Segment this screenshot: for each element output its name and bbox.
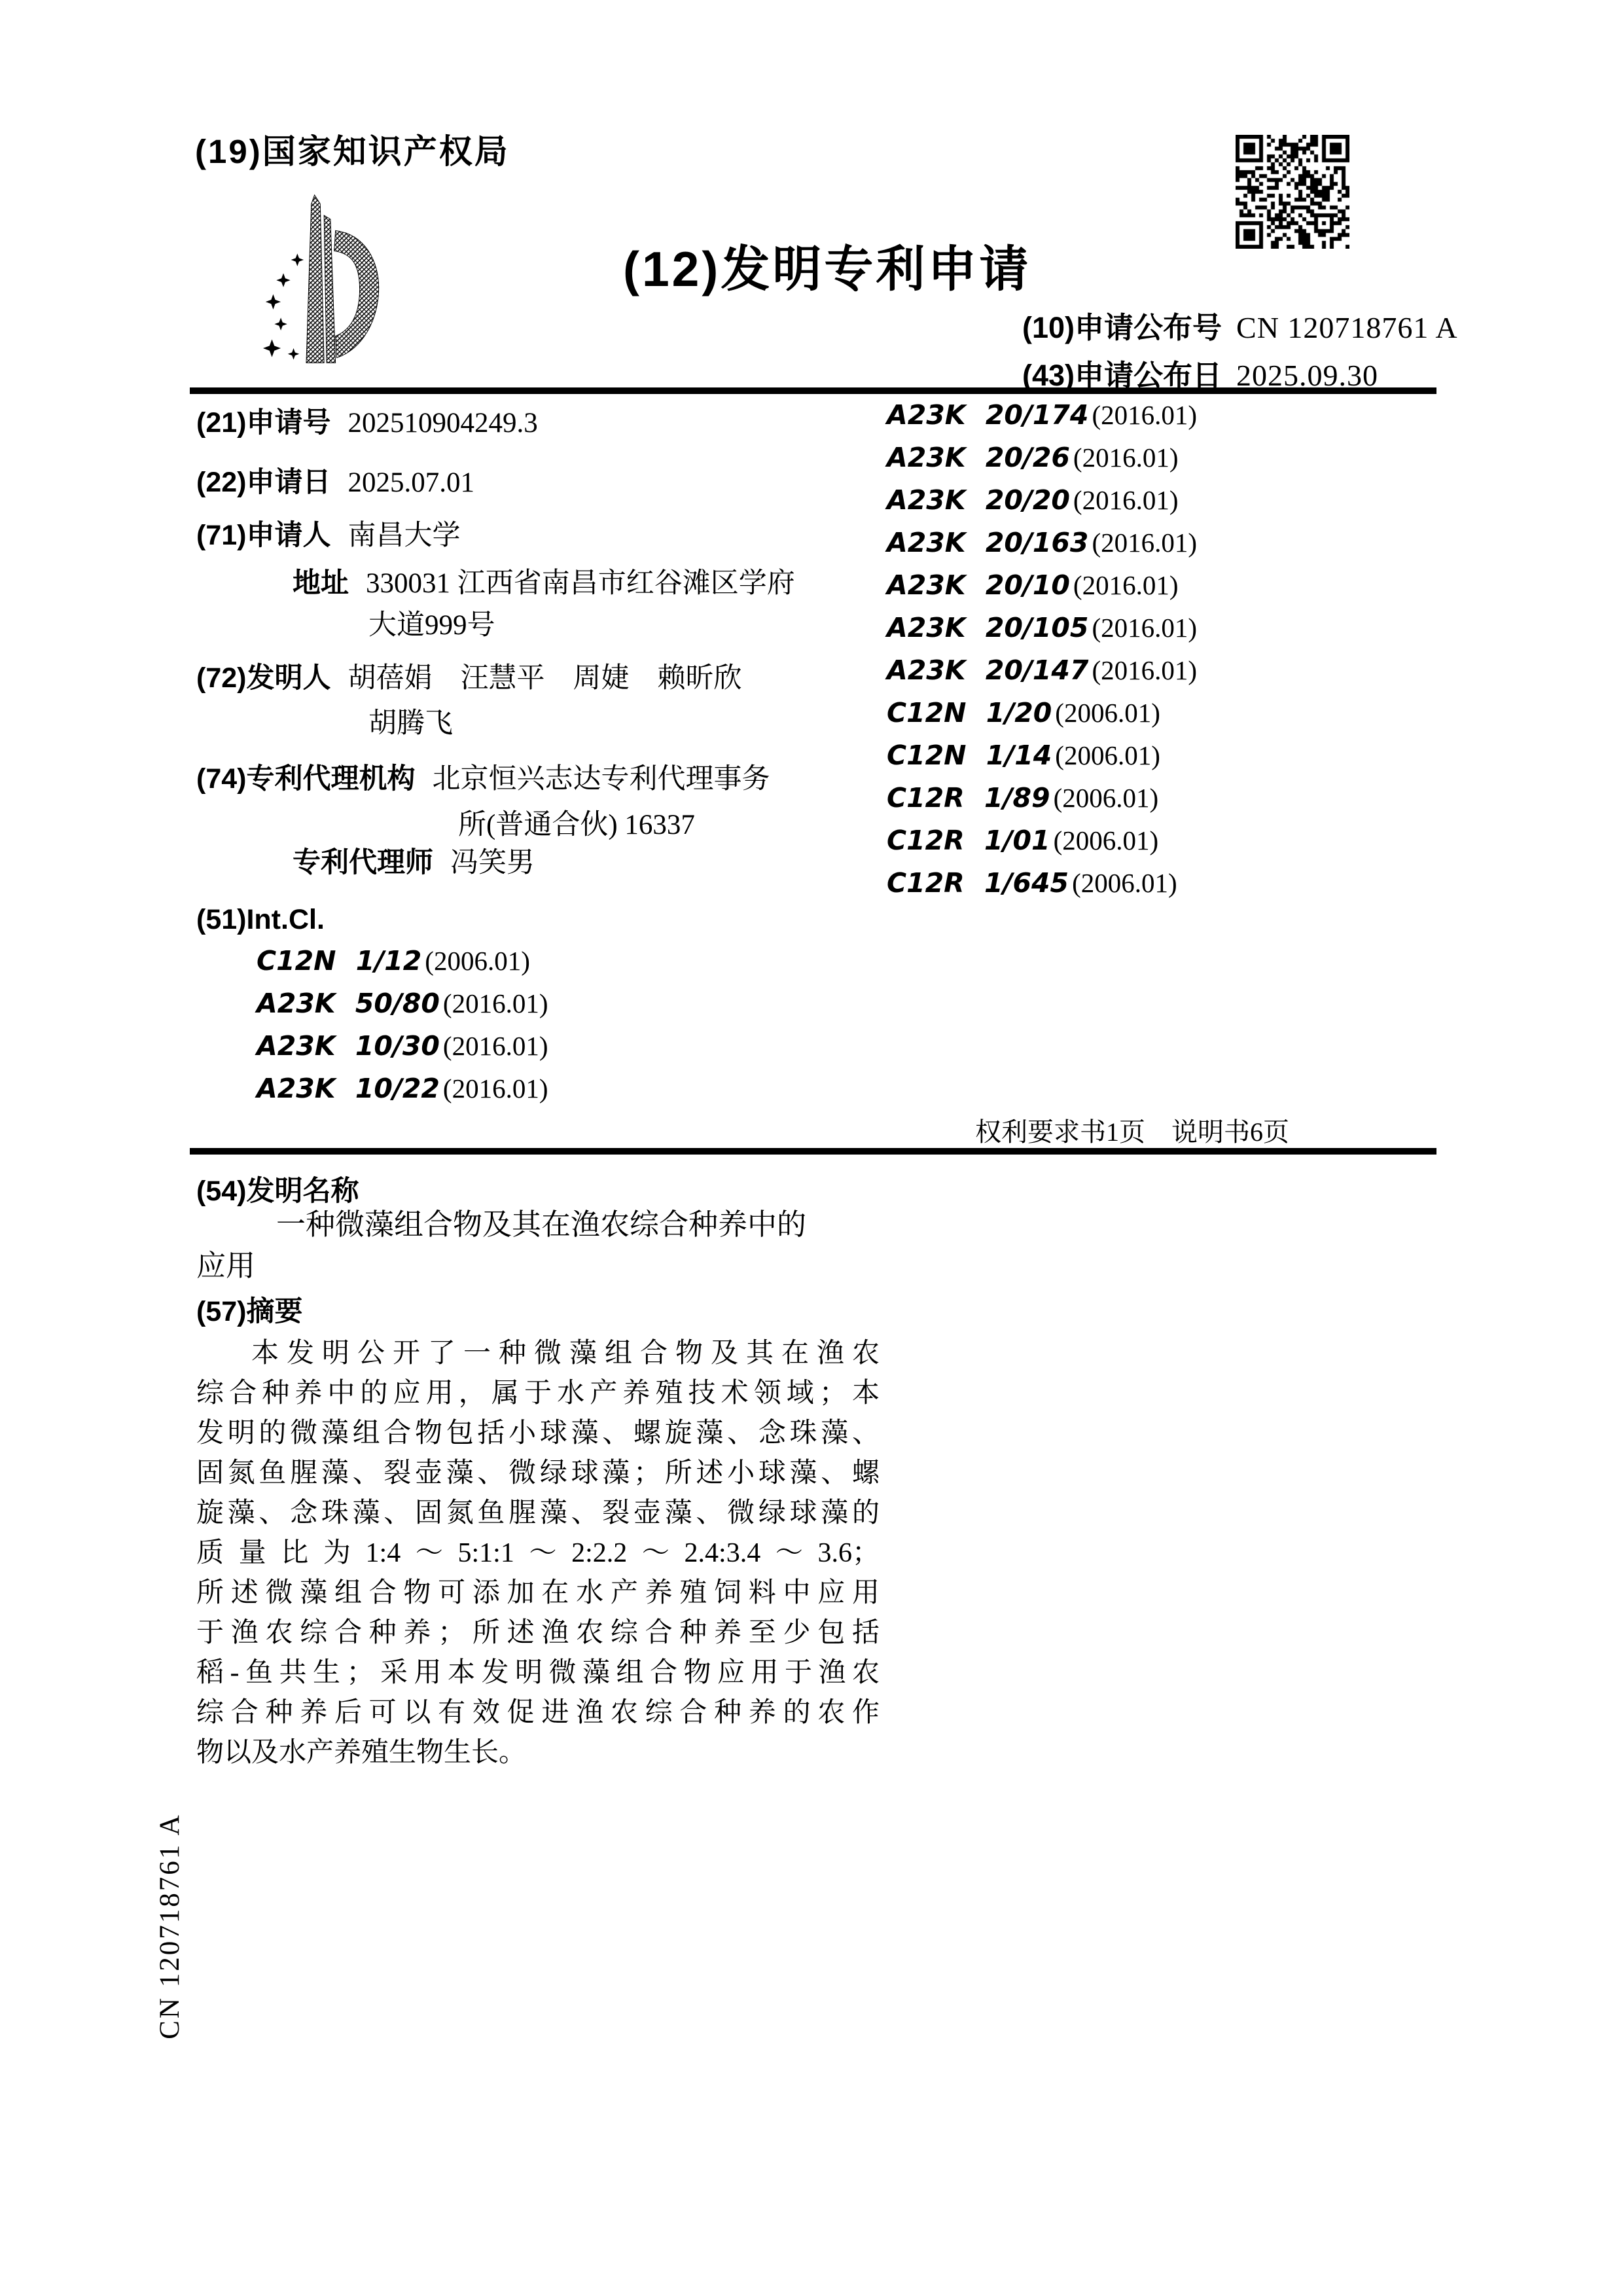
publication-number-row: (10)申请公布号CN 120718761 A: [1022, 304, 1458, 346]
field-address: 地址330031 江西省南昌市红谷滩区学府: [293, 561, 795, 601]
ipc-code: C12N 1/20: [887, 697, 1052, 728]
qr-code-icon: [1236, 135, 1349, 249]
agent-value: 冯笑男: [450, 848, 535, 878]
ipc-code: A23K 20/26: [887, 442, 1070, 473]
application-date-value: 2025.07.01: [348, 467, 474, 498]
ipc-code: A23K 10/22: [257, 1073, 440, 1104]
ipc-entry: C12R 1/645(2006.01): [887, 867, 1197, 910]
address-label: 地址: [293, 567, 349, 599]
ipc-code: A23K 20/20: [887, 484, 1070, 516]
ipc-list-left: C12N 1/12(2006.01) A23K 50/80(2016.01) A…: [257, 945, 548, 1115]
ipc-entry: A23K 20/163(2016.01): [887, 527, 1197, 569]
address-value-line2: 大道999号: [368, 610, 495, 641]
ipc-code: A23K 20/147: [887, 655, 1088, 686]
ipc-entry: A23K 20/10(2016.01): [887, 569, 1197, 612]
applicant-value: 南昌大学: [348, 520, 460, 551]
field-intcl: (51)Int.Cl.: [196, 904, 325, 936]
abstract-section-label: (57)摘要: [196, 1296, 302, 1327]
invention-title-line: 一种微藻组合物及其在渔农综合种养中的: [196, 1204, 890, 1246]
abstract-line: 物以及水产养殖生物生长。: [196, 1733, 880, 1773]
ipc-version-year: (2016.01): [443, 1031, 548, 1061]
ipc-code: C12N 1/12: [257, 945, 421, 977]
ipc-entry: A23K 20/26(2016.01): [887, 442, 1197, 484]
agency-value-line1: 北京恒兴志达专利代理事务: [432, 764, 770, 795]
inventors-label: (72)发明人: [196, 662, 330, 694]
abstract-label: (57)摘要: [196, 1289, 302, 1329]
publication-number-value: CN 120718761 A: [1236, 311, 1458, 344]
address-value-line1: 330031 江西省南昌市红谷滩区学府: [366, 568, 795, 599]
ipc-entry: C12N 1/20(2006.01): [887, 697, 1197, 740]
ipc-code: A23K 50/80: [257, 988, 440, 1019]
invention-title-label: (54)发明名称: [196, 1169, 359, 1209]
issuing-office: (19)国家知识产权局: [195, 124, 510, 173]
field-application-number: (21)申请号202510904249.3: [196, 401, 538, 440]
abstract-line: 于渔农综合种养；所述渔农综合种养至少包括: [196, 1613, 880, 1653]
abstract-line: 固氮鱼腥藻、裂壶藻、微绿球藻；所述小球藻、螺: [196, 1454, 880, 1494]
field-applicant: (71)申请人南昌大学: [196, 513, 460, 553]
pages-count-note: 权利要求书1页 说明书6页: [975, 1111, 1289, 1149]
application-number-value: 202510904249.3: [348, 408, 537, 439]
ipc-entry: A23K 20/174(2016.01): [887, 399, 1197, 442]
intcl-label: (51)Int.Cl.: [196, 904, 325, 935]
ipc-code: C12R 1/645: [887, 867, 1069, 899]
ipc-version-year: (2006.01): [1054, 783, 1159, 813]
ipc-entry: C12R 1/01(2006.01): [887, 825, 1197, 867]
ipc-version-year: (2016.01): [1073, 485, 1179, 515]
ipc-version-year: (2016.01): [443, 988, 548, 1018]
abstract-line: 综合种养中的应用，属于水产养殖技术领域；本: [196, 1374, 880, 1414]
ipc-code: A23K 20/10: [887, 569, 1070, 601]
abstract-text: 本发明公开了一种微藻组合物及其在渔农 综合种养中的应用，属于水产养殖技术领域；本…: [196, 1334, 880, 1773]
invention-title-line: 应用: [196, 1246, 890, 1287]
invention-title: 一种微藻组合物及其在渔农综合种养中的 应用: [196, 1204, 890, 1287]
abstract-line: 综合种养后可以有效促进渔农综合种养的农作: [196, 1693, 880, 1733]
field-inventors: (72)发明人胡蓓娟 汪慧平 周婕 赖昕欣: [196, 656, 741, 696]
ipc-code: A23K 20/105: [887, 612, 1088, 643]
ipc-version-year: (2016.01): [443, 1073, 548, 1103]
ipc-version-year: (2016.01): [1092, 613, 1197, 643]
cnipa-logo-icon: [253, 194, 380, 372]
ipc-entry: A23K 20/147(2016.01): [887, 655, 1197, 697]
ipc-code: A23K 10/30: [257, 1030, 440, 1062]
field-inventors-continuation: 胡腾飞: [368, 701, 453, 741]
ipc-version-year: (2006.01): [1055, 698, 1160, 728]
field-agency: (74)专利代理机构北京恒兴志达专利代理事务: [196, 757, 770, 797]
ipc-code: C12R 1/01: [887, 825, 1050, 856]
ipc-version-year: (2006.01): [1055, 740, 1160, 770]
ipc-version-year: (2016.01): [1073, 570, 1179, 600]
ipc-version-year: (2016.01): [1073, 442, 1179, 473]
abstract-line: 旋藻、念珠藻、固氮鱼腥藻、裂壶藻、微绿球藻的: [196, 1494, 880, 1534]
agency-value-line2: 所(普通合伙) 16337: [458, 810, 695, 840]
divider-rule-top: [190, 387, 1436, 394]
ipc-code: A23K 20/163: [887, 527, 1088, 558]
ipc-version-year: (2006.01): [425, 946, 530, 976]
abstract-line: 质量比为1:4～5:1:1～2:2.2～2.4:3.4～3.6；: [196, 1534, 880, 1573]
publication-number-label: (10)申请公布号: [1022, 311, 1222, 344]
agent-label: 专利代理师: [293, 847, 433, 878]
ipc-code: A23K 20/174: [887, 399, 1088, 431]
divider-rule-middle: [190, 1148, 1436, 1155]
document-type-title: (12)发明专利申请: [623, 230, 1031, 300]
ipc-list-right: A23K 20/174(2016.01) A23K 20/26(2016.01)…: [887, 399, 1197, 910]
ipc-version-year: (2016.01): [1092, 400, 1197, 430]
application-number-label: (21)申请号: [196, 407, 330, 439]
ipc-entry: C12R 1/89(2006.01): [887, 782, 1197, 825]
field-application-date: (22)申请日2025.07.01: [196, 460, 474, 500]
ipc-version-year: (2016.01): [1092, 655, 1197, 685]
ipc-entry: A23K 20/105(2016.01): [887, 612, 1197, 655]
inventors-value-line2: 胡腾飞: [368, 708, 453, 739]
ipc-code: C12R 1/89: [887, 782, 1050, 814]
sidebar-publication-number: CN 120718761 A: [154, 1795, 183, 2057]
title-section-label: (54)发明名称: [196, 1175, 359, 1207]
abstract-line: 发明的微藻组合物包括小球藻、螺旋藻、念珠藻、: [196, 1414, 880, 1454]
inventors-value-line1: 胡蓓娟 汪慧平 周婕 赖昕欣: [348, 663, 741, 694]
field-agent: 专利代理师冯笑男: [293, 840, 535, 880]
ipc-code: C12N 1/14: [887, 740, 1052, 771]
ipc-entry: C12N 1/12(2006.01): [257, 945, 548, 988]
ipc-entry: A23K 10/22(2016.01): [257, 1073, 548, 1115]
abstract-line: 所述微藻组合物可添加在水产养殖饲料中应用: [196, 1573, 880, 1613]
applicant-label: (71)申请人: [196, 520, 330, 551]
field-address-continuation: 大道999号: [368, 603, 495, 643]
abstract-line: 本发明公开了一种微藻组合物及其在渔农: [196, 1334, 880, 1374]
ipc-entry: A23K 20/20(2016.01): [887, 484, 1197, 527]
abstract-line: 稻-鱼共生；采用本发明微藻组合物应用于渔农: [196, 1653, 880, 1693]
ipc-version-year: (2006.01): [1072, 868, 1177, 898]
ipc-version-year: (2006.01): [1054, 825, 1159, 855]
application-date-label: (22)申请日: [196, 467, 330, 498]
patent-front-page: (19)国家知识产权局 (12)发明专利申请 (10)申请公布号CN 12071…: [0, 0, 1623, 2296]
ipc-entry: A23K 50/80(2016.01): [257, 988, 548, 1030]
ipc-entry: C12N 1/14(2006.01): [887, 740, 1197, 782]
ipc-version-year: (2016.01): [1092, 528, 1197, 558]
field-agency-continuation: 所(普通合伙) 16337: [458, 802, 695, 842]
ipc-entry: A23K 10/30(2016.01): [257, 1030, 548, 1073]
agency-label: (74)专利代理机构: [196, 763, 415, 795]
